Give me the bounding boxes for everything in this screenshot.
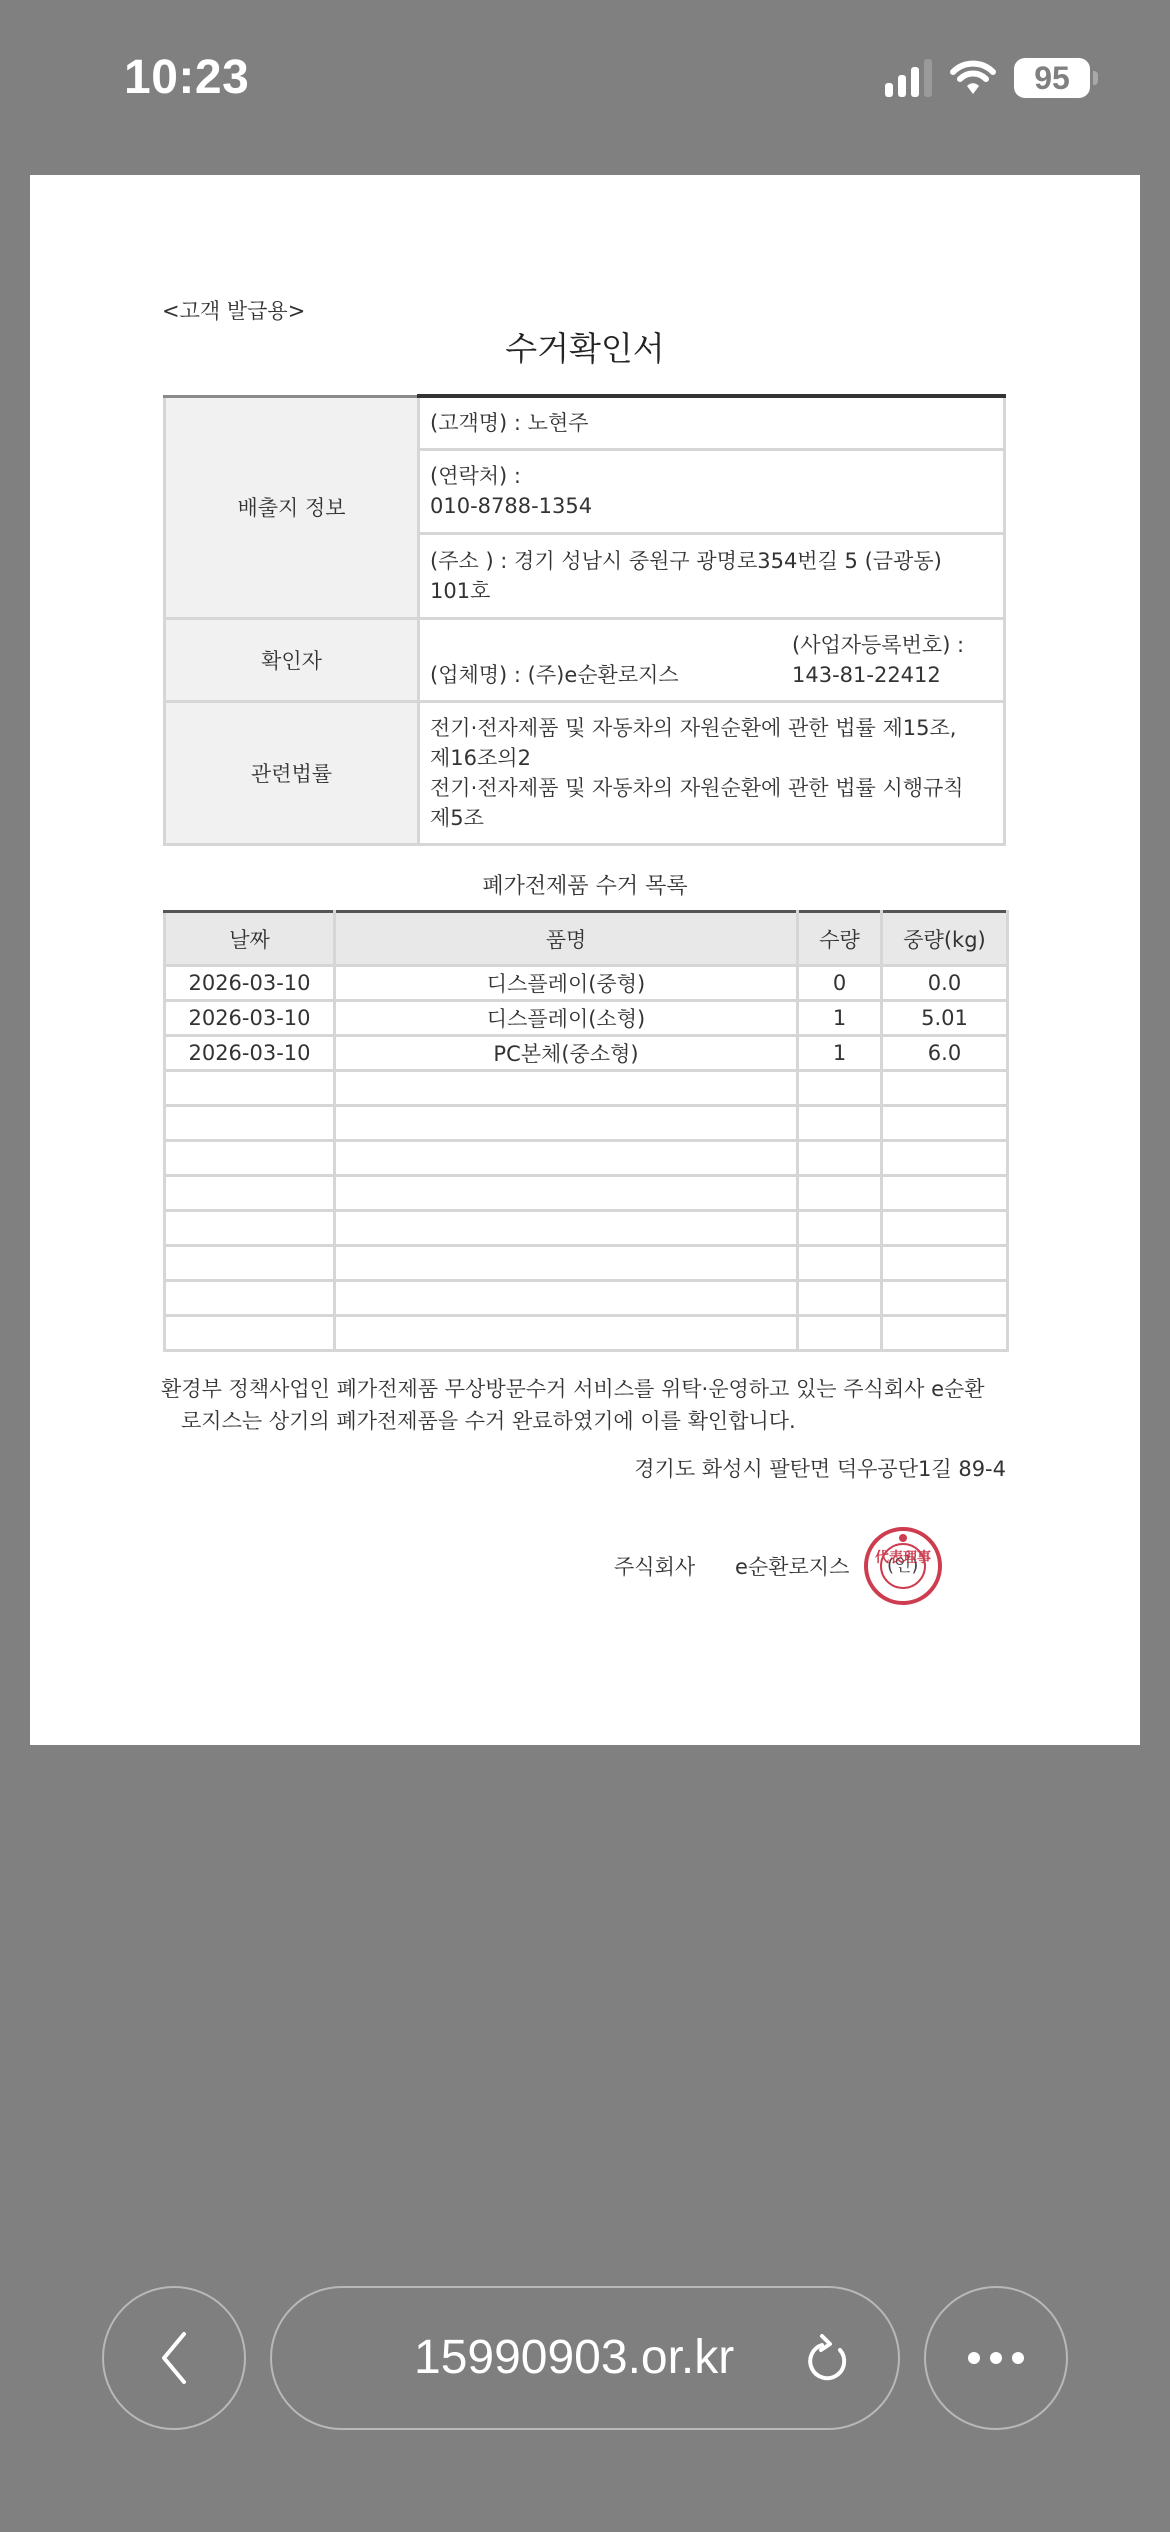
confirmer-cell: (업체명) : (주)e순환로지스 (사업자등록번호) : 143-81-224…: [419, 618, 1005, 701]
battery-level: 95: [1034, 60, 1070, 97]
cell-item: [335, 1281, 798, 1316]
signature-company-type: 주식회사: [614, 1551, 695, 1581]
document-title: 수거확인서: [30, 323, 1140, 370]
address-line1: (주소 ) : 경기 성남시 중원구 광명로354번길 5 (금광동): [430, 546, 993, 576]
cell-date: [165, 1106, 335, 1141]
cell-qty: 1: [798, 1036, 882, 1071]
cell-weight: [882, 1281, 1008, 1316]
cell-date: 2026-03-10: [165, 1001, 335, 1036]
status-icons: 95: [885, 56, 1090, 100]
cell-date: [165, 1281, 335, 1316]
address-cell: (주소 ) : 경기 성남시 중원구 광명로354번길 5 (금광동) 101호: [419, 533, 1005, 618]
cell-qty: [798, 1316, 882, 1351]
cell-weight: 0.0: [882, 966, 1008, 1001]
info-row-law: 관련법률 전기·전자제품 및 자동차의 자원순환에 관한 법률 제15조, 제1…: [165, 701, 1005, 844]
table-row: [165, 1246, 1008, 1281]
cell-item: [335, 1141, 798, 1176]
notice-line1: 환경부 정책사업인 폐가전제품 무상방문수거 서비스를 위탁·운영하고 있는 주…: [161, 1377, 985, 1401]
back-button[interactable]: [102, 2286, 246, 2430]
info-table: 배출지 정보 (고객명) : 노현주 (연락처) : 010-8788-1354…: [163, 394, 1006, 846]
law-line: 제5조: [430, 803, 993, 833]
table-row: 2026-03-10디스플레이(소형)15.01: [165, 1001, 1008, 1036]
law-line: 전기·전자제품 및 자동차의 자원순환에 관한 법률 제15조,: [430, 713, 993, 743]
table-row: [165, 1281, 1008, 1316]
signature-company-name: e순환로지스: [735, 1551, 849, 1581]
collection-list-table: 날짜 품명 수량 중량(kg) 2026-03-10디스플레이(중형)00.0 …: [163, 910, 1009, 1352]
cell-weight: [882, 1106, 1008, 1141]
battery-icon: 95: [1014, 58, 1090, 98]
list-header-row: 날짜 품명 수량 중량(kg): [165, 912, 1008, 966]
cell-qty: 1: [798, 1001, 882, 1036]
more-button[interactable]: [924, 2286, 1068, 2430]
signal-icon: [885, 59, 932, 97]
notice-line2: 로지스는 상기의 폐가전제품을 수거 완료하였기에 이를 확인합니다.: [161, 1405, 1011, 1437]
cell-qty: [798, 1246, 882, 1281]
cell-qty: [798, 1211, 882, 1246]
law-cell: 전기·전자제품 및 자동차의 자원순환에 관한 법률 제15조, 제16조의2 …: [419, 701, 1005, 844]
law-line: 전기·전자제품 및 자동차의 자원순환에 관한 법률 시행규칙: [430, 773, 993, 803]
url-text[interactable]: 15990903.or.kr: [414, 2330, 734, 2385]
cell-weight: 6.0: [882, 1036, 1008, 1071]
cell-weight: [882, 1071, 1008, 1106]
company-seal-icon: 代表理事: [864, 1527, 942, 1605]
cell-item: 디스플레이(소형): [335, 1001, 798, 1036]
cell-item: 디스플레이(중형): [335, 966, 798, 1001]
biz-no-value: 143-81-22412: [792, 660, 993, 690]
table-row: [165, 1316, 1008, 1351]
header-date: 날짜: [165, 912, 335, 966]
cell-qty: 0: [798, 966, 882, 1001]
business-number: (사업자등록번호) : 143-81-22412: [792, 630, 993, 690]
table-row: [165, 1071, 1008, 1106]
table-row: [165, 1141, 1008, 1176]
reload-icon[interactable]: [800, 2332, 856, 2388]
cell-date: [165, 1071, 335, 1106]
cell-item: [335, 1246, 798, 1281]
contact-cell: (연락처) : 010-8788-1354: [419, 449, 1005, 533]
cell-qty: [798, 1106, 882, 1141]
document-page: <고객 발급용> 수거확인서 배출지 정보 (고객명) : 노현주 (연락처) …: [30, 175, 1140, 1745]
info-row-confirmer: 확인자 (업체명) : (주)e순환로지스 (사업자등록번호) : 143-81…: [165, 618, 1005, 701]
header-qty: 수량: [798, 912, 882, 966]
wifi-icon: [950, 60, 996, 96]
cell-item: [335, 1176, 798, 1211]
header-weight: 중량(kg): [882, 912, 1008, 966]
customer-name: (고객명) : 노현주: [419, 396, 1005, 449]
seal-text: 代表理事: [868, 1551, 938, 1565]
biz-no-label: (사업자등록번호) :: [792, 630, 993, 660]
cell-qty: [798, 1281, 882, 1316]
discharge-info-label: 배출지 정보: [165, 396, 419, 618]
contact-label: (연락처) :: [430, 461, 993, 491]
address-line2: 101호: [430, 576, 993, 606]
cell-date: [165, 1211, 335, 1246]
confirmation-notice: 환경부 정책사업인 폐가전제품 무상방문수거 서비스를 위탁·운영하고 있는 주…: [161, 1373, 1011, 1437]
cell-date: 2026-03-10: [165, 966, 335, 1001]
table-row: [165, 1106, 1008, 1141]
table-row: [165, 1176, 1008, 1211]
address-bar[interactable]: 15990903.or.kr: [270, 2286, 900, 2430]
cell-weight: [882, 1176, 1008, 1211]
header-item: 품명: [335, 912, 798, 966]
law-line: 제16조의2: [430, 743, 993, 773]
cell-date: [165, 1141, 335, 1176]
table-row: 2026-03-10디스플레이(중형)00.0: [165, 966, 1008, 1001]
table-row: [165, 1211, 1008, 1246]
cell-weight: [882, 1211, 1008, 1246]
cell-weight: [882, 1246, 1008, 1281]
status-time: 10:23: [124, 50, 249, 105]
list-title: 폐가전제품 수거 목록: [30, 869, 1140, 900]
cell-weight: [882, 1316, 1008, 1351]
law-label: 관련법률: [165, 701, 419, 844]
cell-qty: [798, 1141, 882, 1176]
cell-item: [335, 1106, 798, 1141]
cell-date: [165, 1176, 335, 1211]
cell-date: 2026-03-10: [165, 1036, 335, 1071]
battery-tip: [1093, 71, 1098, 85]
seal-dot: [899, 1534, 907, 1542]
cell-item: PC본체(중소형): [335, 1036, 798, 1071]
company-name: (업체명) : (주)e순환로지스: [430, 660, 792, 690]
cell-item: [335, 1316, 798, 1351]
chevron-left-icon: [154, 2328, 194, 2388]
cell-date: [165, 1316, 335, 1351]
cell-qty: [798, 1071, 882, 1106]
cell-item: [335, 1211, 798, 1246]
cell-item: [335, 1071, 798, 1106]
cell-qty: [798, 1176, 882, 1211]
info-row-name: 배출지 정보 (고객명) : 노현주: [165, 396, 1005, 449]
ellipsis-icon: [968, 2352, 1024, 2364]
cell-weight: 5.01: [882, 1001, 1008, 1036]
confirmer-label: 확인자: [165, 618, 419, 701]
issuer-address: 경기도 화성시 팔탄면 덕우공단1길 89-4: [634, 1453, 1006, 1483]
table-row: 2026-03-10PC본체(중소형)16.0: [165, 1036, 1008, 1071]
cell-date: [165, 1246, 335, 1281]
copy-label: <고객 발급용>: [162, 295, 305, 325]
contact-value: 010-8788-1354: [430, 491, 993, 521]
cell-weight: [882, 1141, 1008, 1176]
